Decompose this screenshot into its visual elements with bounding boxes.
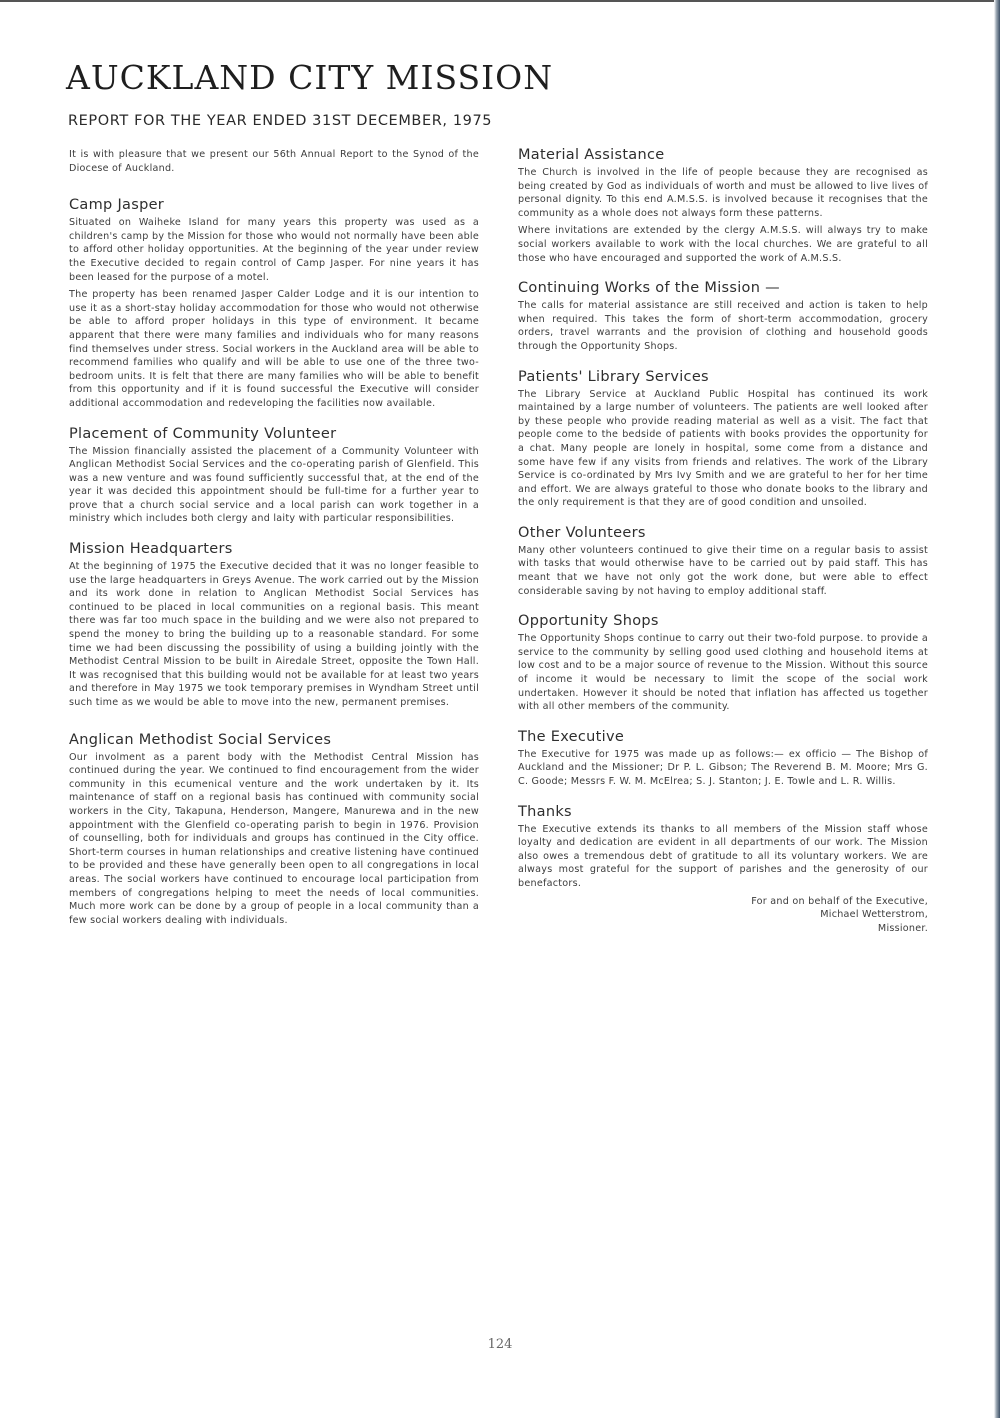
paragraph: Many other volunteers continued to give … — [518, 544, 928, 598]
page-subtitle: REPORT FOR THE YEAR ENDED 31ST DECEMBER,… — [68, 113, 492, 129]
right-column: Material Assistance The Church is involv… — [518, 147, 928, 950]
section-heading: Continuing Works of the Mission — — [518, 280, 928, 296]
section-amss: Anglican Methodist Social Services Our i… — [69, 732, 479, 928]
paragraph: The Mission financially assisted the pla… — [69, 445, 479, 527]
section-heading: Anglican Methodist Social Services — [69, 732, 479, 748]
section-heading: Material Assistance — [518, 147, 928, 163]
section-community-volunteer: Placement of Community Volunteer The Mis… — [69, 426, 479, 527]
section-heading: Thanks — [518, 804, 928, 820]
section-other-volunteers: Other Volunteers Many other volunteers c… — [518, 525, 928, 598]
paragraph: The calls for material assistance are st… — [518, 299, 928, 353]
paragraph: The Executive extends its thanks to all … — [518, 823, 928, 891]
section-heading: Camp Jasper — [69, 197, 479, 213]
section-heading: Other Volunteers — [518, 525, 928, 541]
page-top-edge — [0, 0, 1000, 2]
signature-title: Missioner. — [518, 922, 928, 936]
section-thanks: Thanks The Executive extends its thanks … — [518, 804, 928, 936]
intro-paragraph: It is with pleasure that we present our … — [69, 148, 479, 175]
section-material-assistance: Material Assistance The Church is involv… — [518, 147, 928, 265]
page-binding-edge — [994, 0, 1000, 1418]
paragraph: The Church is involved in the life of pe… — [518, 166, 928, 220]
section-opportunity-shops: Opportunity Shops The Opportunity Shops … — [518, 613, 928, 714]
signature-line: For and on behalf of the Executive, — [518, 895, 928, 909]
section-executive: The Executive The Executive for 1975 was… — [518, 729, 928, 789]
page-title: AUCKLAND CITY MISSION — [66, 58, 553, 97]
paragraph: At the beginning of 1975 the Executive d… — [69, 560, 479, 710]
section-continuing-works: Continuing Works of the Mission — The ca… — [518, 280, 928, 353]
section-heading: Patients' Library Services — [518, 369, 928, 385]
section-patients-library: Patients' Library Services The Library S… — [518, 369, 928, 510]
section-heading: Opportunity Shops — [518, 613, 928, 629]
section-heading: Placement of Community Volunteer — [69, 426, 479, 442]
paragraph: The Library Service at Auckland Public H… — [518, 388, 928, 510]
left-column: It is with pleasure that we present our … — [69, 148, 479, 942]
section-camp-jasper: Camp Jasper Situated on Waiheke Island f… — [69, 197, 479, 410]
section-heading: Mission Headquarters — [69, 541, 479, 557]
paragraph: The Opportunity Shops continue to carry … — [518, 632, 928, 714]
section-heading: The Executive — [518, 729, 928, 745]
paragraph: The Executive for 1975 was made up as fo… — [518, 748, 928, 789]
paragraph: Our involment as a parent body with the … — [69, 751, 479, 928]
paragraph: Where invitations are extended by the cl… — [518, 224, 928, 265]
page-number: 124 — [0, 1337, 1000, 1352]
paragraph: Situated on Waiheke Island for many year… — [69, 216, 479, 284]
paragraph: The property has been renamed Jasper Cal… — [69, 288, 479, 410]
section-mission-headquarters: Mission Headquarters At the beginning of… — [69, 541, 479, 710]
signature-name: Michael Wetterstrom, — [518, 908, 928, 922]
